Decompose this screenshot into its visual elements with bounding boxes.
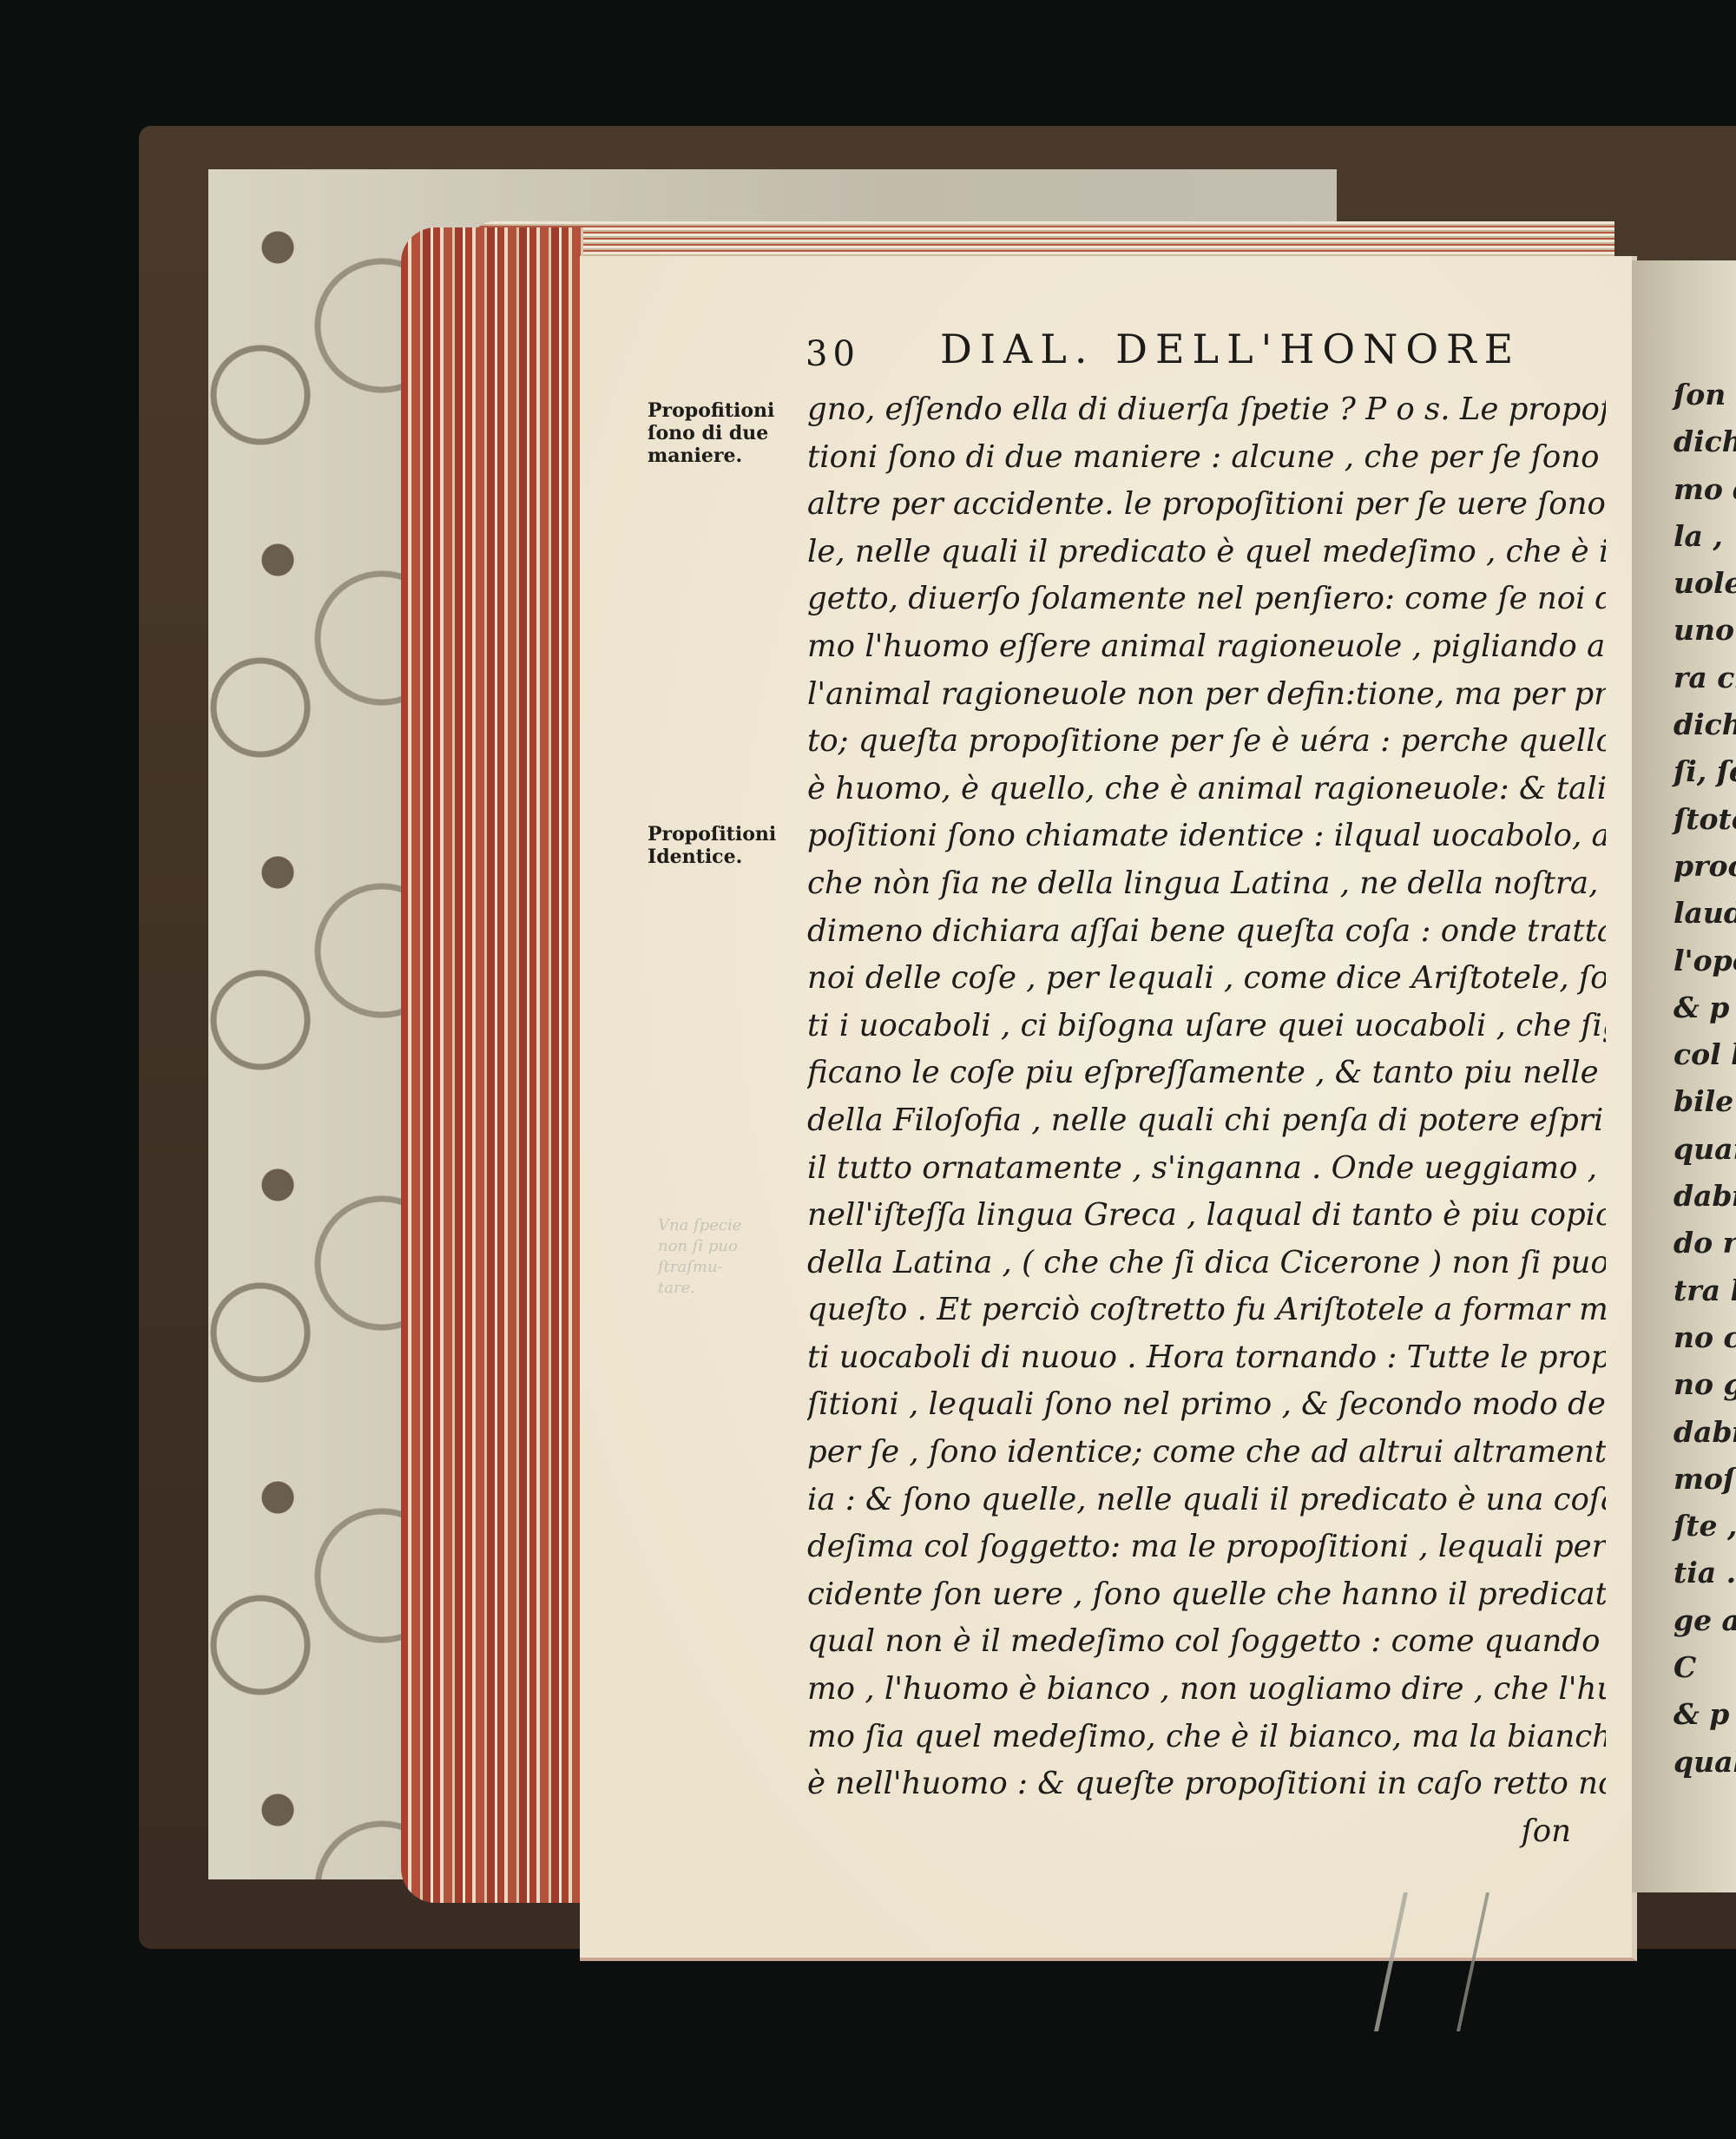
facing-line: mo d [1674,466,1736,513]
text-line: ficano le coſe piu eſpreſſamente , & tan… [807,1050,1606,1097]
text-line: ſitioni , lequali ſono nel primo , & ſec… [807,1381,1606,1429]
facing-line: quar [1674,1126,1736,1173]
facing-page-recto: ſon t dich mo d la , uole uno ra cl dich… [1632,260,1736,1892]
text-line: mo ſia quel medeſimo, che è il bianco, m… [807,1714,1606,1761]
facing-line: ſon t [1674,372,1736,418]
bleed-line: ſtraſmu- [658,1257,771,1278]
facing-line: ſte , [1674,1503,1736,1550]
book-page-verso: 30 DIAL. DELL'HONORE Propofitioni ſono d… [580,256,1637,1961]
facing-page-text: ſon t dich mo d la , uole uno ra cl dich… [1674,372,1736,1786]
running-head: 30 DIAL. DELL'HONORE [806,326,1587,386]
text-line: mo , l'huomo è bianco , non uogliamo dir… [807,1666,1606,1714]
margin-note-line: ſono di due [648,422,769,444]
text-line: nell'iſteſſa lingua Greca , laqual di ta… [807,1192,1606,1240]
text-line: tioni ſono di due maniere : alcune , che… [807,434,1606,482]
margin-note-identical-propositions: Propoſitioni Identice. [648,823,769,868]
text-line: noi delle coſe , per lequali , come dice… [807,955,1606,1003]
text-line: il tutto ornatamente , s'inganna . Onde … [807,1145,1606,1193]
margin-note-line: Propoſitioni [648,823,769,846]
catchword: ſon [807,1808,1606,1856]
text-line: ti uocaboli di nuouo . Hora tornando : T… [807,1334,1606,1382]
facing-line: tia . [1674,1550,1736,1596]
facing-line: tra l [1674,1267,1736,1314]
facing-line: ge a [1674,1597,1736,1644]
text-line: altre per accidente. le propoſitioni per… [807,481,1606,529]
bleed-line: tare. [658,1278,771,1299]
text-line: per ſe , ſono identice; come che ad altr… [807,1429,1606,1477]
facing-line: dabi [1674,1409,1736,1456]
margin-note-line: Propofitioni [648,399,769,422]
facing-line: no c [1674,1314,1736,1361]
facing-line: dabi [1674,1173,1736,1220]
text-line: qual non è il medeſimo col ſoggetto : co… [807,1618,1606,1666]
bleed-through-margin-note: Vna ſpecie non ſi puo ſtraſmu- tare. [658,1215,771,1299]
bleed-line: Vna ſpecie [658,1215,771,1236]
text-line: poſitioni ſono chiamate identice : ilqua… [807,813,1606,860]
facing-line: no g [1674,1361,1736,1408]
text-line: l'animal ragioneuole non per defin:tione… [807,671,1606,719]
margin-note-line: Identice. [648,846,769,868]
facing-line: uole [1674,560,1736,607]
body-text: gno, eſſendo ella di diuerſa ſpetie ? P … [807,386,1606,1855]
facing-line: la , [1674,513,1736,560]
facing-line: moſt [1674,1456,1736,1503]
facing-line: dich [1674,701,1736,748]
facing-line: C [1674,1644,1736,1691]
text-line: mo l'huomo eſſere animal ragioneuole , p… [807,623,1606,671]
bleed-line: non ſi puo [658,1236,771,1257]
page-stack-top-edge [469,221,1614,256]
text-line: ia : & ſono quelle, nelle quali il predi… [807,1477,1606,1524]
facing-line: ſtotc [1674,796,1736,843]
text-line: getto, diuerſo ſolamente nel penſiero: c… [807,576,1606,623]
text-line: ti i uocaboli , ci biſogna uſare quei uo… [807,1003,1606,1050]
text-line: gno, eſſendo ella di diuerſa ſpetie ? P … [807,386,1606,434]
facing-line: ra cl [1674,655,1736,701]
text-line: queſto . Et perciò coſtretto fu Ariſtote… [807,1287,1606,1334]
text-line: è nell'huomo : & queſte propoſitioni in … [807,1761,1606,1808]
facing-line: bile [1674,1078,1736,1125]
facing-line: proc [1674,843,1736,890]
red-stained-page-edges [401,227,583,1903]
facing-line: uno [1674,607,1736,654]
facing-line: l'opo [1674,938,1736,984]
facing-line: qual [1674,1739,1736,1786]
page-number: 30 [806,334,860,374]
facing-line: do r [1674,1220,1736,1267]
text-line: le, nelle quali il predicato è quel mede… [807,529,1606,576]
margin-note-line: maniere. [648,444,769,467]
facing-line: & p [1674,1691,1736,1738]
text-line: della Latina , ( che che ſi dica Ciceron… [807,1240,1606,1287]
facing-line: & p [1674,984,1736,1031]
running-title: DIAL. DELL'HONORE [940,326,1521,372]
facing-line: col l [1674,1031,1736,1078]
text-line: della Filoſofia , nelle quali chi penſa … [807,1097,1606,1145]
facing-line: dich [1674,418,1736,465]
facing-line: laud [1674,890,1736,937]
text-line: che nòn ſia ne della lingua Latina , ne … [807,860,1606,908]
text-line: dimeno dichiara aſſai bene queſta coſa :… [807,908,1606,956]
margin-note-propositions-two-kinds: Propofitioni ſono di due maniere. [648,399,769,467]
facing-line: ſi, ſe [1674,748,1736,795]
text-line: è huomo, è quello, che è animal ragioneu… [807,766,1606,813]
text-line: to; queſta propoſitione per ſe è uéra : … [807,718,1606,766]
text-line: cidente ſon uere , ſono quelle che hanno… [807,1571,1606,1619]
text-line: deſima col ſoggetto: ma le propoſitioni … [807,1524,1606,1571]
